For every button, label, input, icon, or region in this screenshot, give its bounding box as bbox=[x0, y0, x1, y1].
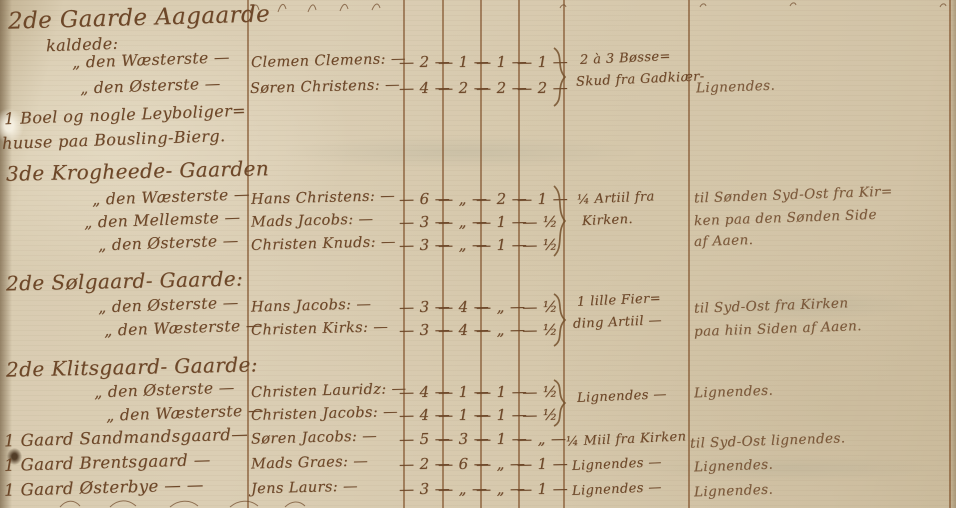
entry-desc: „ den Wæsterste — bbox=[72, 49, 230, 72]
bracket-note: ¼ Miil fra Kirken bbox=[566, 430, 687, 450]
bracket-note: Lignendes — bbox=[572, 456, 662, 474]
entry-desc: „ den Mellemste — bbox=[84, 209, 241, 231]
entry-desc: „ den Østerste — bbox=[98, 295, 239, 317]
bracket-note: 1 lille Fier= bbox=[577, 292, 662, 310]
section-heading: 2de Sølgaard- Gaarde: bbox=[6, 268, 244, 295]
cutoff-bottom-strokes bbox=[0, 496, 956, 508]
bracket-note: 2 à 3 Bøsse= bbox=[580, 50, 671, 68]
entry-name: Christen Knuds: — bbox=[251, 235, 396, 255]
entry-desc: „ den Østerste — bbox=[94, 380, 235, 402]
count-cell: — 1 — bbox=[476, 407, 522, 424]
farm-name: Mads Graes: — bbox=[251, 454, 369, 473]
row-group-brace bbox=[551, 184, 569, 258]
bleedthrough-smudge bbox=[280, 135, 640, 169]
farm-desc: 1 Gaard Sandmandsgaard— bbox=[4, 426, 249, 451]
count-cell: — „ — bbox=[476, 322, 522, 339]
entry-desc: „ den Wæsterste — bbox=[106, 402, 264, 425]
remark-note: ken paa den Sønden Side bbox=[694, 208, 877, 229]
row-group-brace bbox=[551, 378, 569, 428]
remark-note: til Sønden Syd-Ost fra Kir= bbox=[694, 185, 893, 207]
bracket-note: Skud fra Gadkiær- bbox=[576, 70, 705, 90]
count-cell: — 2 — bbox=[476, 191, 522, 208]
remark-note: Lignendes. bbox=[696, 79, 776, 97]
remark-note: paa hiin Siden af Aaen. bbox=[694, 319, 862, 340]
count-cell: — 1 — bbox=[476, 237, 522, 254]
entry-name: Hans Christens: — bbox=[251, 189, 395, 209]
entry-name: Søren Christens: — bbox=[250, 78, 400, 98]
row-group-brace bbox=[551, 292, 569, 348]
farm-name: Søren Jacobs: — bbox=[251, 429, 378, 448]
count-cell: — 1 — bbox=[476, 54, 522, 71]
section-heading: 2de Gaarde Aagaarde bbox=[8, 2, 271, 35]
bracket-note: Lignendes — bbox=[577, 388, 667, 406]
remark-note: af Aaen. bbox=[694, 233, 754, 250]
count-cell: — 2 — bbox=[476, 80, 522, 97]
count-cell: — 1 — bbox=[517, 456, 563, 473]
count-cell: — „ — bbox=[517, 431, 563, 448]
entry-name: Mads Jacobs: — bbox=[251, 212, 374, 231]
marginal-note: 1 Boel og nogle Leyboliger= bbox=[4, 102, 246, 128]
count-cell: — 1 — bbox=[476, 214, 522, 231]
count-cell: — 1 — bbox=[476, 431, 522, 448]
entry-name: Hans Jacobs: — bbox=[251, 297, 372, 316]
entry-name: Christen Jacobs: — bbox=[251, 405, 398, 425]
entry-name: Christen Lauridz: — bbox=[251, 382, 407, 402]
section-heading: 2de Klitsgaard- Gaarde: bbox=[6, 353, 258, 380]
bracket-note: Kirken. bbox=[582, 213, 634, 230]
entry-desc: „ den Østerste — bbox=[80, 76, 221, 98]
entry-desc: „ den Østerste — bbox=[98, 233, 239, 255]
section-heading: 3de Krogheede- Gaarden bbox=[6, 157, 269, 185]
count-cell: — 1 — bbox=[476, 384, 522, 401]
marginal-note: huuse paa Bousling-Bierg. bbox=[2, 127, 226, 152]
entry-name: Christen Kirks: — bbox=[251, 320, 389, 340]
count-cell: — „ — bbox=[476, 299, 522, 316]
row-group-brace bbox=[551, 46, 569, 108]
remark-note: Lignendes. bbox=[694, 458, 774, 476]
bleedthrough-smudge bbox=[640, 455, 940, 481]
entry-desc: „ den Wæsterste — bbox=[92, 186, 250, 209]
bracket-note: ding Artiil — bbox=[573, 314, 662, 332]
bracket-note: ¼ Artiil fra bbox=[577, 190, 655, 208]
farm-desc: 1 Gaard Brentsgaard — bbox=[4, 451, 211, 475]
remark-note: Lignendes. bbox=[694, 384, 774, 402]
column-rule bbox=[949, 0, 951, 508]
remark-note: til Syd-Ost fra Kirken bbox=[694, 296, 849, 316]
count-cell: — „ — bbox=[476, 456, 522, 473]
remark-note: til Syd-Ost lignendes. bbox=[690, 431, 846, 451]
manuscript-page: 2de Gaarde Aagaarde kaldede: „ den Wæste… bbox=[0, 0, 956, 508]
entry-desc: „ den Wæsterste — bbox=[104, 317, 262, 340]
entry-name: Clemen Clemens: — bbox=[251, 52, 406, 72]
